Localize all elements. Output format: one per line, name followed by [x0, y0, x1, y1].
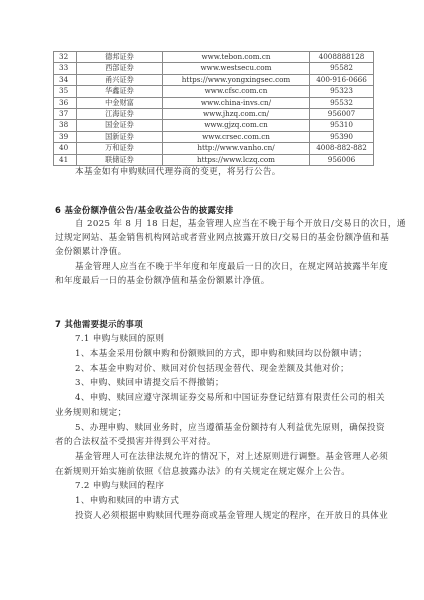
table-row: 41联储证券https://www.lczq.com956006 — [54, 154, 374, 165]
table-row: 33西部证券www.westsecu.com95582 — [54, 63, 374, 74]
table-row: 36中金财富www.china-invs.cn/95532 — [54, 97, 374, 108]
principle-item: 4、申购、赎回应遵守深圳证券交易所和中国证券登记结算有限责任公司的相关 — [75, 392, 371, 404]
broker-phone: 95390 — [310, 131, 374, 142]
row-number: 40 — [54, 143, 77, 154]
broker-name: 国金证券 — [77, 120, 163, 131]
broker-name: 联储证券 — [77, 154, 163, 165]
broker-website: www.jhzq.com.cn/ — [163, 109, 310, 120]
principle-item: 2、本基金申购对价、赎回对价包括现金替代、现金差额及其他对价； — [75, 363, 371, 375]
section-6-paragraph-2-line: 基金管理人应当在不晚于半年度和年度最后一日的次日，在规定网站披露半年度 — [75, 261, 371, 273]
principle-item: 3、申购、赎回申请提交后不得撤销； — [75, 377, 371, 389]
document-page: 32德邦证券www.tebon.com.cn4008888128 33西部证券w… — [0, 0, 424, 600]
section-6-paragraph-2-line: 和年度最后一日的基金份额净值和基金份额累计净值。 — [55, 275, 371, 287]
broker-website: www.crsec.com.cn — [163, 131, 310, 142]
table-row: 39国新证券www.crsec.com.cn95390 — [54, 131, 374, 142]
row-number: 32 — [54, 52, 77, 63]
broker-name: 国新证券 — [77, 131, 163, 142]
broker-table: 32德邦证券www.tebon.com.cn4008888128 33西部证券w… — [53, 51, 374, 166]
broker-name: 西部证券 — [77, 63, 163, 74]
principle-item-continued: 业务规则和规定； — [55, 407, 371, 419]
table-row: 38国金证券www.gjzq.com.cn95310 — [54, 120, 374, 131]
section-6-paragraph-1-line: 自 2025 年 8 月 18 日起，基金管理人应当在不晚于每个开放日/交易日的… — [75, 218, 371, 230]
broker-phone: 4008888128 — [310, 52, 374, 63]
adjustment-paragraph-line: 在新规则开始实施前依照《信息披露办法》的有关规定在规定媒介上公告。 — [55, 466, 371, 478]
row-number: 36 — [54, 97, 77, 108]
broker-name: 甬兴证券 — [77, 74, 163, 85]
table-row: 37江海证券www.jhzq.com.cn/956007 — [54, 109, 374, 120]
broker-name: 中金财富 — [77, 97, 163, 108]
table-row: 40万和证券http://www.vanho.cn/4008-882-882 — [54, 143, 374, 154]
broker-phone: 95532 — [310, 97, 374, 108]
broker-name: 德邦证券 — [77, 52, 163, 63]
row-number: 39 — [54, 131, 77, 142]
row-number: 41 — [54, 154, 77, 165]
broker-website: www.cfsc.com.cn — [163, 86, 310, 97]
broker-website: https://www.lczq.com — [163, 154, 310, 165]
row-number: 33 — [54, 63, 77, 74]
broker-phone: 95323 — [310, 86, 374, 97]
broker-phone: 95310 — [310, 120, 374, 131]
broker-website: https://www.yongxingsec.com — [163, 74, 310, 85]
broker-website: www.gjzq.com.cn — [163, 120, 310, 131]
table-row: 35华鑫证券www.cfsc.com.cn95323 — [54, 86, 374, 97]
broker-website: http://www.vanho.cn/ — [163, 143, 310, 154]
broker-phone: 956007 — [310, 109, 374, 120]
section-6-heading: 6 基金份额净值公告/基金收益公告的披露安排 — [55, 204, 371, 216]
broker-phone: 4008-882-882 — [310, 143, 374, 154]
row-number: 37 — [54, 109, 77, 120]
row-number: 35 — [54, 86, 77, 97]
section-6-paragraph-1-line: 过规定网站、基金销售机构网站或者营业网点披露开放日/交易日的基金份额净值和基 — [55, 232, 371, 244]
broker-phone: 95582 — [310, 63, 374, 74]
broker-phone: 956006 — [310, 154, 374, 165]
adjustment-paragraph-line: 基金管理人可在法律法规允许的情况下，对上述原则进行调整。基金管理人必须 — [75, 451, 371, 463]
principle-item: 5、办理申购、赎回业务时，应当遵循基金份额持有人利益优先原则，确保投资 — [75, 422, 371, 434]
principle-item-continued: 者的合法权益不受损害并得到公平对待。 — [55, 436, 371, 448]
row-number: 34 — [54, 74, 77, 85]
broker-name: 华鑫证券 — [77, 86, 163, 97]
broker-name: 万和证券 — [77, 143, 163, 154]
procedure-paragraph-line: 投资人必须根据申购赎回代理券商或基金管理人规定的程序，在开放日的具体业 — [75, 510, 371, 522]
section-7-heading: 7 其他需要提示的事项 — [55, 318, 371, 330]
subsection-7-1-heading: 7.1 申购与赎回的原则 — [75, 333, 391, 345]
broker-name: 江海证券 — [77, 109, 163, 120]
broker-change-note: 本基金如有申购赎回代理券商的变更，将另行公告。 — [75, 166, 371, 178]
row-number: 38 — [54, 120, 77, 131]
broker-website: www.westsecu.com — [163, 63, 310, 74]
section-6-paragraph-1-line: 金份额累计净值。 — [55, 246, 371, 258]
broker-phone: 400-916-0666 — [310, 74, 374, 85]
procedure-item: 1、申购和赎回的申请方式 — [75, 495, 371, 507]
principle-item: 1、本基金采用份额申购和份额赎回的方式，即申购和赎回均以份额申请； — [75, 348, 371, 360]
broker-website: www.tebon.com.cn — [163, 52, 310, 63]
broker-website: www.china-invs.cn/ — [163, 97, 310, 108]
subsection-7-2-heading: 7.2 申购与赎回的程序 — [75, 480, 391, 492]
table-row: 34甬兴证券https://www.yongxingsec.com400-916… — [54, 74, 374, 85]
table-row: 32德邦证券www.tebon.com.cn4008888128 — [54, 52, 374, 63]
